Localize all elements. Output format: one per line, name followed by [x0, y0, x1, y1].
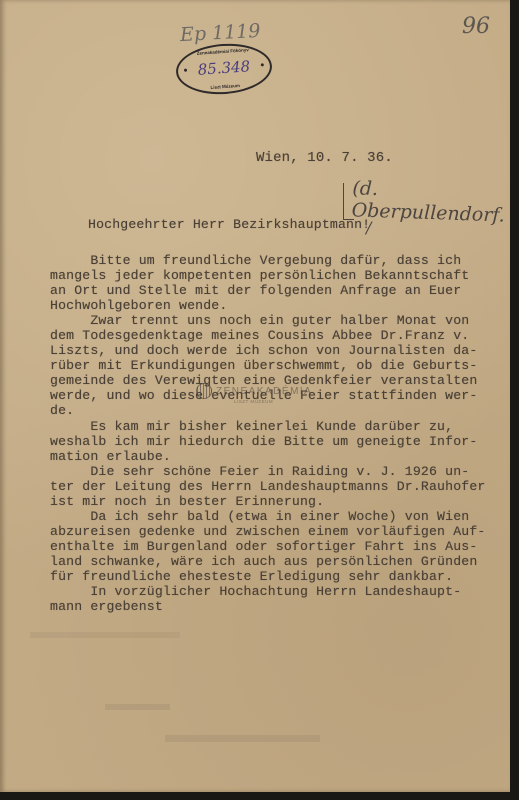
- body-line: abzureisen gedenke und zwischen einem vo…: [50, 524, 485, 539]
- body-line: an Ort und Stelle mit der folgenden Anfr…: [50, 283, 461, 298]
- stamp-bottom-text: Liszt Múzeum: [179, 81, 271, 92]
- body-line: mation erlaube.: [50, 449, 171, 464]
- body-line: ter der Leitung des Herrn Landeshauptman…: [50, 479, 485, 494]
- stamp-top-text: Zeneakadémiai Főkönyv: [177, 46, 269, 57]
- body-line: In vorzüglicher Hochachtung Herrn Landes…: [50, 584, 461, 599]
- body-line: Liszts, und doch werde ich schon von Jou…: [50, 343, 477, 358]
- archive-reference: Ep 1119: [179, 20, 260, 46]
- watermark-title: ZENEAKADÉMIA: [216, 386, 312, 397]
- body-line: Hochwohlgeboren wende.: [50, 298, 227, 313]
- body-line: Zwar trennt uns noch ein guter halber Mo…: [50, 313, 469, 328]
- salutation-mark: /: [366, 218, 371, 237]
- body-line: de.: [50, 403, 74, 418]
- body-line: land schwanke, wäre ich auch aus persönl…: [50, 554, 477, 569]
- body-line: Die sehr schöne Feier in Raiding v. J. 1…: [50, 464, 469, 479]
- zeneakademia-watermark: ZENEAKADÉMIA LISZT MÚZEUM: [196, 383, 312, 399]
- date-line: Wien, 10. 7. 36.: [256, 150, 393, 166]
- body-line: rüber mit Erkundigungen überschwemmt, ob…: [50, 358, 477, 373]
- bleed-through-mark: [30, 632, 180, 638]
- body-line: mangels jeder kompetenten persönlichen B…: [50, 268, 469, 283]
- salutation: Hochgeehrter Herr Bezirkshauptmann!: [88, 217, 370, 232]
- page-number: 96: [462, 14, 490, 39]
- liszt-museum-logo-icon: [196, 383, 212, 399]
- body-line: dem Todesgedenktage meines Cousins Abbee…: [50, 328, 469, 343]
- body-line: Da ich sehr bald (etwa in einer Woche) v…: [50, 509, 469, 524]
- body-line: mann ergebenst: [50, 599, 163, 614]
- handwritten-annotation: (d. Oberpullendorf.: [351, 177, 510, 226]
- stamp-number: 85.348: [177, 56, 270, 80]
- bleed-through-mark: [165, 735, 320, 742]
- body-line: für freundliche ehesteste Erledigung seh…: [50, 569, 453, 584]
- archive-stamp: Zeneakadémiai Főkönyv 85.348 Liszt Múzeu…: [174, 41, 273, 98]
- body-line: ist mir noch in bester Erinnerung.: [50, 494, 324, 509]
- body-line: Es kam mir bisher keinerlei Kunde darübe…: [50, 419, 453, 434]
- body-line: enthalte im Burgenland oder sofortiger F…: [50, 539, 477, 554]
- body-line: Bitte um freundliche Vergebung dafür, da…: [50, 253, 461, 268]
- body-line: weshalb ich mir hiedurch die Bitte um ge…: [50, 434, 477, 449]
- letter-page: Ep 1119 96 Zeneakadémiai Főkönyv 85.348 …: [0, 0, 510, 792]
- watermark-subtitle: LISZT MÚZEUM: [234, 399, 273, 404]
- bleed-through-mark: [105, 704, 170, 710]
